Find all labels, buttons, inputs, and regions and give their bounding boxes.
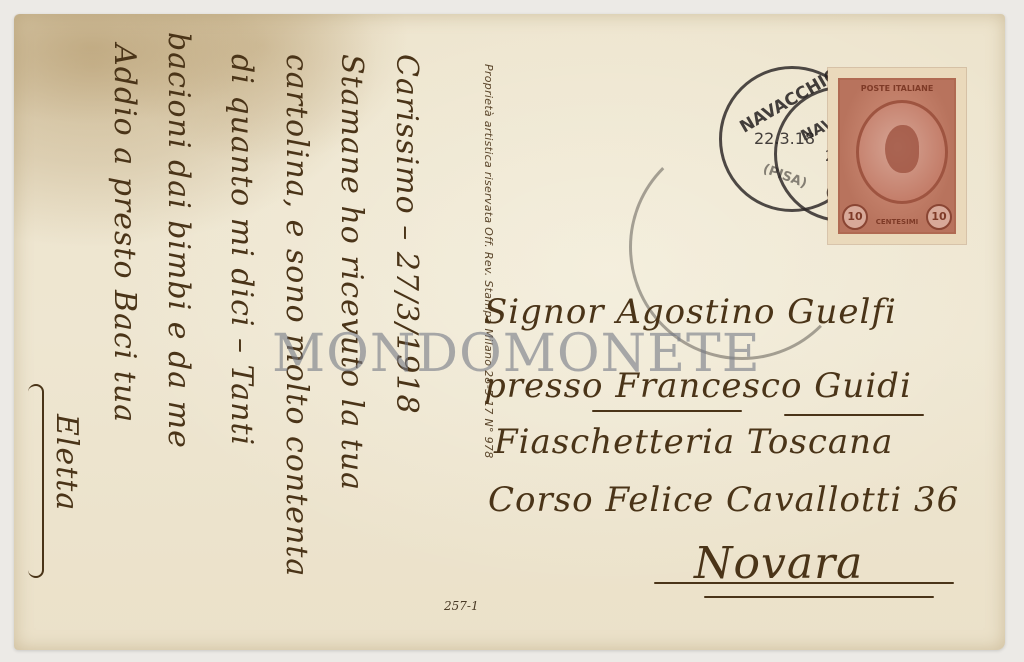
stamp-value-left: 10: [842, 204, 868, 230]
underline-guidi: [784, 414, 924, 416]
message-line-2: Stamane ho ricevuto la tua: [334, 54, 369, 491]
message-signature: Eletta: [49, 414, 84, 511]
underline-city-1: [654, 582, 954, 584]
stamp-country: POSTE ITALIANE: [840, 84, 954, 93]
watermark: MONDOMONETE: [272, 324, 761, 384]
underline-francesco: [592, 410, 742, 412]
message-line-3: cartolina, e sono molto contenta: [279, 54, 314, 577]
print-code: 257-1: [444, 599, 479, 613]
message-line-6: Addio a presto Baci tua: [107, 44, 142, 423]
king-portrait-icon: [885, 125, 919, 173]
message-line-5: bacioni dai bimbi e da me: [161, 32, 196, 449]
address-line-4: Corso Felice Cavallotti 36: [488, 480, 959, 520]
underline-city-2: [704, 596, 934, 598]
stamp-value-right: 10: [926, 204, 952, 230]
signature-flourish: [28, 384, 44, 578]
message-line-4: di quanto mi dici – Tanti: [224, 54, 259, 446]
postcard: Carissimo – 27/3/1918 Stamane ho ricevut…: [14, 14, 1005, 650]
stamp-denomination: CENTESIMI: [868, 218, 926, 226]
address-line-3: Fiaschetteria Toscana: [494, 422, 893, 462]
stamp-frame: POSTE ITALIANE 10 CENTESIMI 10: [838, 78, 956, 234]
stamp-portrait-medallion: [856, 100, 948, 204]
postage-stamp: POSTE ITALIANE 10 CENTESIMI 10: [828, 68, 966, 244]
